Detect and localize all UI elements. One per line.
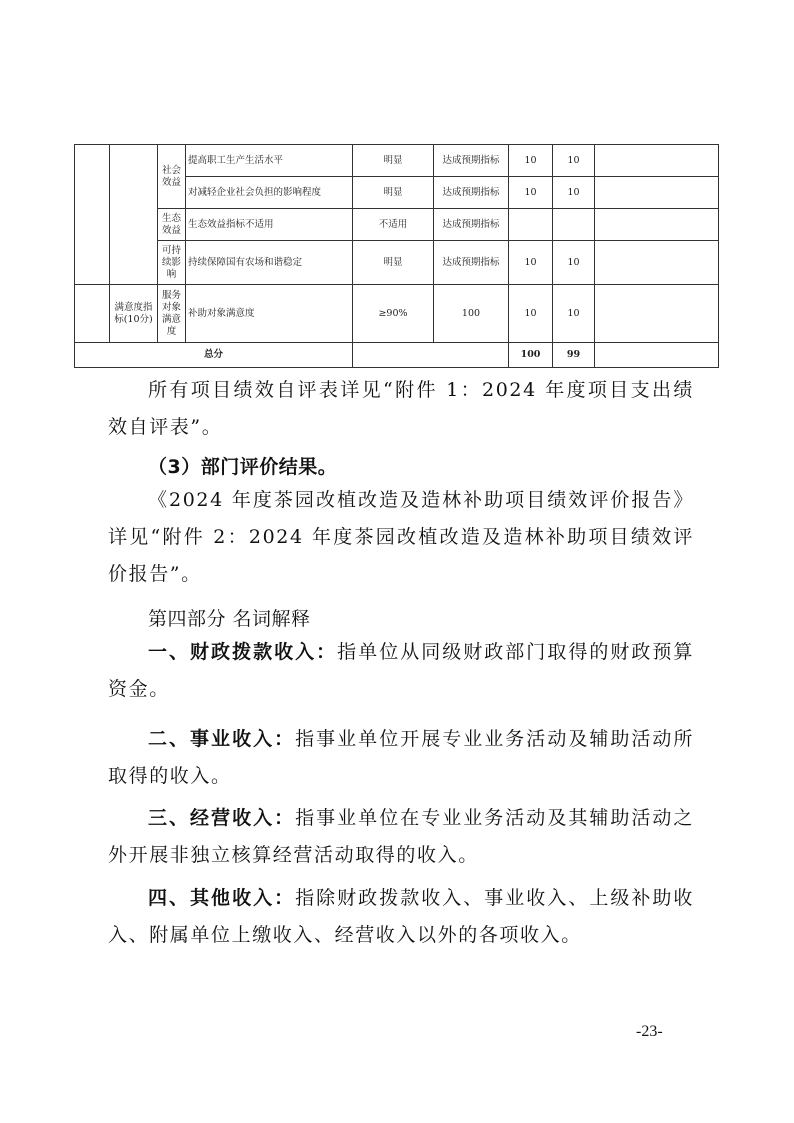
- document-page: 社会效益 提高职工生产生活水平 明显 达成预期指标 10 10 对减轻企业社会负…: [0, 0, 794, 1123]
- indicator-cell: 补助对象满意度: [186, 285, 353, 343]
- indicator-cell: 提高职工生产生活水平: [186, 145, 353, 177]
- category-cell: 社会效益: [158, 145, 186, 209]
- definition-item: 二、事业收入：指事业单位开展专业业务活动及辅助活动所取得的收入。: [108, 721, 694, 795]
- target-cell: 明显: [353, 241, 434, 285]
- weight-cell: 10: [509, 241, 553, 285]
- table-row: 满意度指标(10分) 服务对象满意度 补助对象满意度 ≥90% 100 10 1…: [75, 285, 719, 343]
- indicator-cell: 对减轻企业社会负担的影响程度: [186, 177, 353, 209]
- target-cell: 明显: [353, 177, 434, 209]
- definition-term: 四、其他收入：: [148, 887, 295, 909]
- score-cell: 10: [553, 145, 595, 177]
- score-cell: 10: [553, 177, 595, 209]
- actual-cell: 达成预期指标: [434, 209, 509, 241]
- table-row: 社会效益 提高职工生产生活水平 明显 达成预期指标 10 10: [75, 145, 719, 177]
- actual-cell: 达成预期指标: [434, 177, 509, 209]
- category-cell: 生态效益: [158, 209, 186, 241]
- definition-item: 三、经营收入：指事业单位在专业业务活动及其辅助活动之外开展非独立核算经营活动取得…: [108, 800, 694, 874]
- table-total-row: 总分 100 99: [75, 343, 719, 368]
- actual-cell: 达成预期指标: [434, 241, 509, 285]
- paragraph-attachment-2: 《2024 年度茶园改植改造及造林补助项目绩效评价报告》详见“附件 2：2024…: [108, 482, 694, 593]
- table-cell-blank: [595, 343, 719, 368]
- definition-item: 一、财政拨款收入：指单位从同级财政部门取得的财政预算资金。: [108, 634, 694, 708]
- table-cell-blank: [110, 145, 158, 285]
- actual-cell: 达成预期指标: [434, 145, 509, 177]
- definition-term: 一、财政拨款收入：: [148, 641, 337, 663]
- indicator-cell: 持续保障国有农场和谐稳定: [186, 241, 353, 285]
- target-cell: 明显: [353, 145, 434, 177]
- total-label: 总分: [75, 343, 353, 368]
- performance-table: 社会效益 提高职工生产生活水平 明显 达成预期指标 10 10 对减轻企业社会负…: [74, 144, 719, 368]
- section-heading-glossary: 第四部分 名词解释: [148, 604, 311, 631]
- score-cell: [553, 209, 595, 241]
- table-row: 生态效益 生态效益指标不适用 不适用 达成预期指标: [75, 209, 719, 241]
- definition-term: 二、事业收入：: [148, 728, 295, 750]
- note-cell: [595, 145, 719, 177]
- section-heading-evaluation-result: （3）部门评价结果。: [148, 452, 337, 479]
- target-cell: ≥90%: [353, 285, 434, 343]
- paragraph-attachment-1: 所有项目绩效自评表详见“附件 1：2024 年度项目支出绩效自评表”。: [108, 372, 694, 446]
- table-cell-blank: [75, 145, 110, 285]
- note-cell: [595, 177, 719, 209]
- definition-item: 四、其他收入：指除财政拨款收入、事业收入、上级补助收入、附属单位上缴收入、经营收…: [108, 880, 694, 954]
- weight-cell: 10: [509, 145, 553, 177]
- definition-term: 三、经营收入：: [148, 807, 295, 829]
- indicator-cell: 生态效益指标不适用: [186, 209, 353, 241]
- total-score: 99: [553, 343, 595, 368]
- table-cell-blank: [353, 343, 509, 368]
- table-row: 可持续影响 持续保障国有农场和谐稳定 明显 达成预期指标 10 10: [75, 241, 719, 285]
- category-cell: 可持续影响: [158, 241, 186, 285]
- actual-cell: 100: [434, 285, 509, 343]
- page-number: -23-: [636, 1023, 663, 1041]
- score-cell: 10: [553, 241, 595, 285]
- target-cell: 不适用: [353, 209, 434, 241]
- total-weight: 100: [509, 343, 553, 368]
- weight-cell: 10: [509, 285, 553, 343]
- note-cell: [595, 241, 719, 285]
- note-cell: [595, 209, 719, 241]
- category-cell: 服务对象满意度: [158, 285, 186, 343]
- group-cell: 满意度指标(10分): [110, 285, 158, 343]
- score-cell: 10: [553, 285, 595, 343]
- weight-cell: 10: [509, 177, 553, 209]
- weight-cell: [509, 209, 553, 241]
- note-cell: [595, 285, 719, 343]
- table-cell-blank: [75, 285, 110, 343]
